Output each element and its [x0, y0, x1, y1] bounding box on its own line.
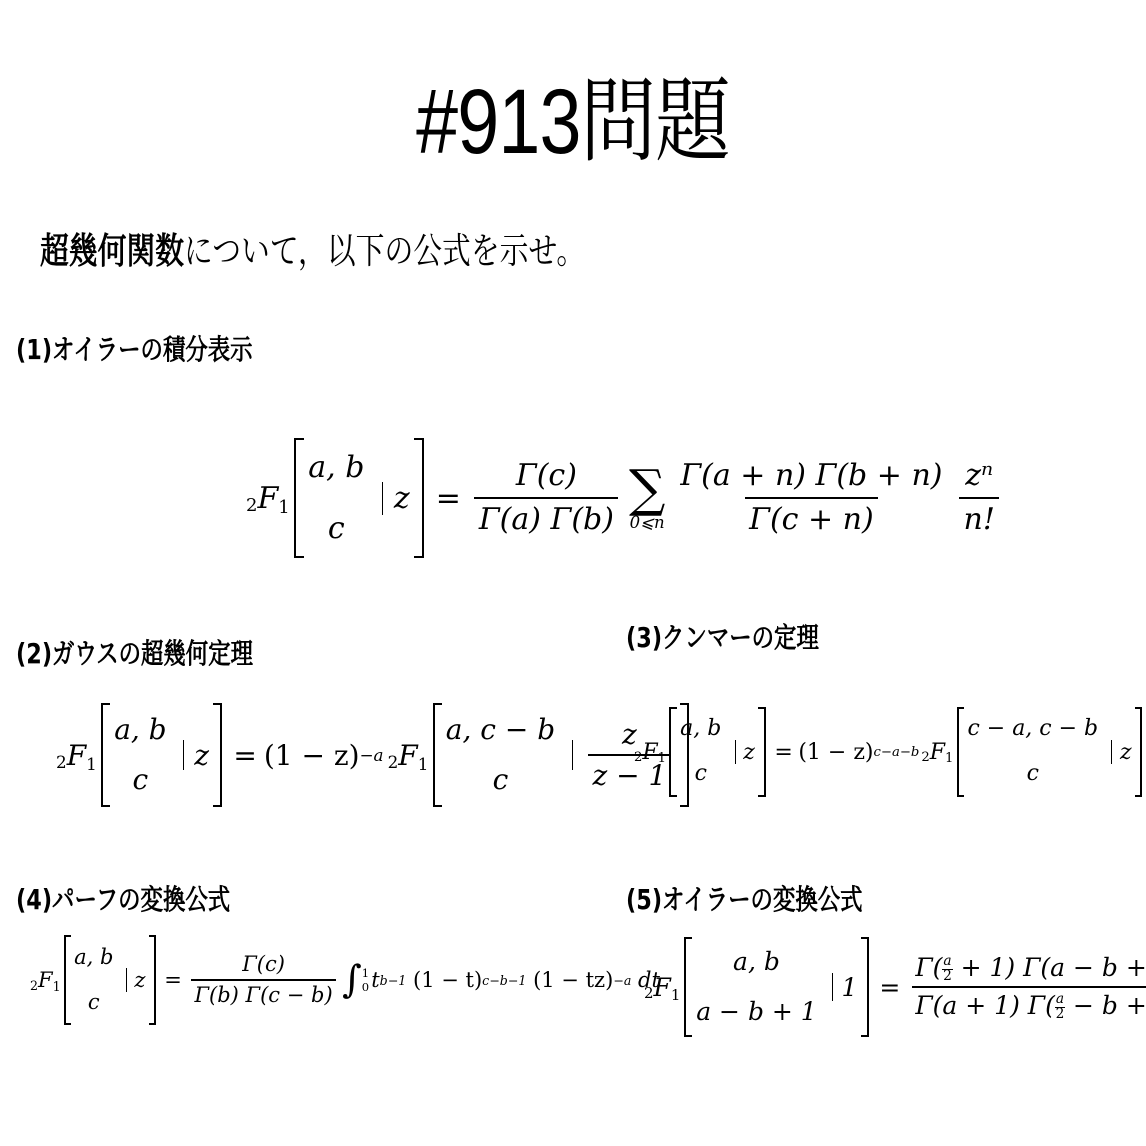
formula-pfaff-transformation: 2F1 a, bcz = Γ(c)Γ(b) Γ(c − b) ∫10 tb−1 … [30, 932, 660, 1028]
hypergeometric-bracket: a, bcz [64, 935, 156, 1025]
section-heading-2: (2)ガウスの超幾何定理 [16, 634, 253, 674]
integral: ∫10 [342, 961, 369, 999]
power-fraction: zⁿn! [959, 458, 999, 538]
hypergeometric-bracket: a, bcz [101, 703, 222, 807]
gamma-ratio-fraction: Γ(a2 + 1) Γ(a − b + 1) Γ(a + 1) Γ(a2 − b… [912, 953, 1146, 1022]
problem-text: について，以下の公式を示せ。 [184, 231, 585, 272]
problem-keyword: 超幾何関数 [40, 231, 184, 272]
hypergeometric-bracket-2: c − a, c − bcz [957, 707, 1143, 797]
hypergeometric-symbol-2: 2F1 [388, 739, 429, 772]
hypergeometric-symbol: 2F1 [246, 481, 290, 516]
section-heading-4: (4)パーフの変換公式 [16, 880, 230, 920]
hypergeometric-bracket: a, bcz [669, 707, 765, 797]
hypergeometric-bracket: a, ba − b + 11 [684, 937, 869, 1037]
formula-gauss-theorem: 2F1 a, bcz = (1 − z)−a 2F1 a, c − bczz −… [56, 700, 694, 810]
formula-euler-integral-sum: 2F1 a, bcz = Γ(c)Γ(a) Γ(b) ∑0⩽n Γ(a + n)… [246, 428, 1005, 568]
section-heading-1: (1)オイラーの積分表示 [16, 330, 253, 370]
problem-statement: 超幾何関数について，以下の公式を示せ。 [40, 226, 585, 278]
term-fraction: Γ(a + n) Γ(b + n)Γ(c + n) [676, 458, 947, 538]
hypergeometric-symbol: 2F1 [30, 968, 61, 992]
gamma-fraction: Γ(c)Γ(a) Γ(b) [474, 458, 618, 538]
section-heading-5: (5)オイラーの変換公式 [626, 880, 863, 920]
hypergeometric-symbol: 2F1 [56, 739, 97, 772]
hypergeometric-symbol-2: 2F1 [921, 740, 953, 765]
section-heading-3: (3)クンマーの定理 [626, 618, 819, 658]
hypergeometric-bracket: a, bcz [294, 438, 423, 558]
formula-kummer-theorem: 2F1 a, bcz = (1 − z)c−a−b 2F1 c − a, c −… [634, 704, 1146, 800]
gamma-fraction: Γ(c)Γ(b) Γ(c − b) [191, 952, 335, 1009]
formula-euler-transformation: 2F1 a, ba − b + 11 = Γ(a2 + 1) Γ(a − b +… [644, 932, 1146, 1042]
summation: ∑0⩽n [629, 464, 665, 532]
hypergeometric-symbol: 2F1 [644, 973, 680, 1002]
page-title: #913問題 [103, 62, 1043, 182]
hypergeometric-symbol: 2F1 [634, 740, 666, 765]
